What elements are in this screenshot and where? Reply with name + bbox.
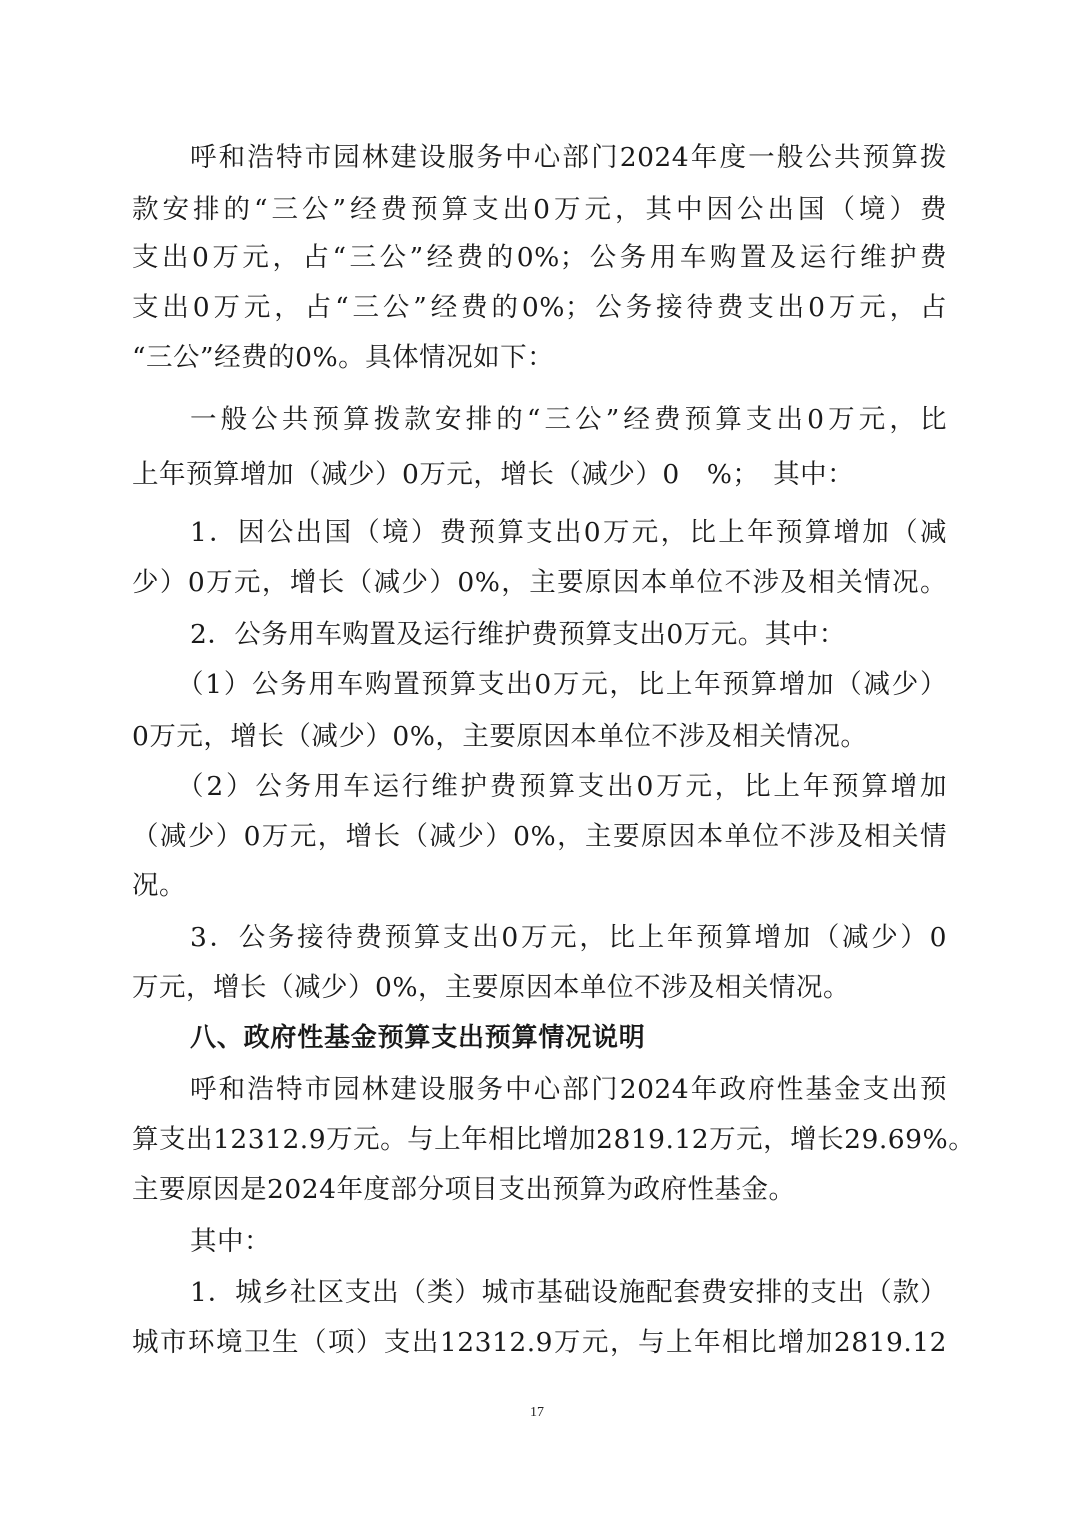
text-line: 况。 (132, 866, 947, 906)
text-line: 其中： (190, 1222, 947, 1262)
text-line: 3．公务接待费预算支出0万元，比上年预算增加（减少）0 (190, 918, 947, 958)
page-number: 17 (0, 1403, 1074, 1423)
text-line: 算支出12312.9万元。与上年相比增加2819.12万元，增长29.69%。 (132, 1120, 947, 1160)
text-line: “三公”经费的0%。具体情况如下： (132, 338, 947, 378)
text-line: 少）0万元，增长（减少）0%，主要原因本单位不涉及相关情况。 (132, 563, 947, 603)
text-line: 呼和浩特市园林建设服务中心部门2024年度一般公共预算拨 (190, 138, 947, 178)
text-line: 一般公共预算拨款安排的“三公”经费预算支出0万元，比 (190, 400, 947, 440)
text-line: 1．因公出国（境）费预算支出0万元，比上年预算增加（减 (190, 513, 947, 553)
text-line: 支出0万元，占“三公”经费的0%；公务用车购置及运行维护费 (132, 238, 947, 278)
text-line: 支出0万元，占“三公”经费的0%；公务接待费支出0万元，占 (132, 288, 947, 328)
text-line: 上年预算增加（减少）0万元，增长（减少）0 %； 其中： (132, 455, 947, 495)
text-line: 2．公务用车购置及运行维护费预算支出0万元。其中： (190, 615, 947, 655)
text-line: 款安排的“三公”经费预算支出0万元，其中因公出国（境）费 (132, 190, 947, 230)
document-page: 呼和浩特市园林建设服务中心部门2024年度一般公共预算拨 款安排的“三公”经费预… (0, 0, 1074, 1520)
text-line: 城市环境卫生（项）支出12312.9万元，与上年相比增加2819.12 (132, 1323, 947, 1363)
section-heading: 八、政府性基金预算支出预算情况说明 (190, 1018, 947, 1058)
text-line: 1．城乡社区支出（类）城市基础设施配套费安排的支出（款） (190, 1273, 947, 1313)
text-line: （减少）0万元，增长（减少）0%，主要原因本单位不涉及相关情 (132, 817, 947, 857)
text-line: 0万元，增长（减少）0%，主要原因本单位不涉及相关情况。 (132, 717, 947, 757)
text-line: 万元，增长（减少）0%，主要原因本单位不涉及相关情况。 (132, 968, 947, 1008)
text-line: 主要原因是2024年度部分项目支出预算为政府性基金。 (132, 1170, 947, 1210)
text-line: （1）公务用车购置预算支出0万元，比上年预算增加（减少） (177, 665, 947, 705)
text-line: （2）公务用车运行维护费预算支出0万元，比上年预算增加 (177, 767, 947, 807)
text-line: 呼和浩特市园林建设服务中心部门2024年政府性基金支出预 (190, 1070, 947, 1110)
